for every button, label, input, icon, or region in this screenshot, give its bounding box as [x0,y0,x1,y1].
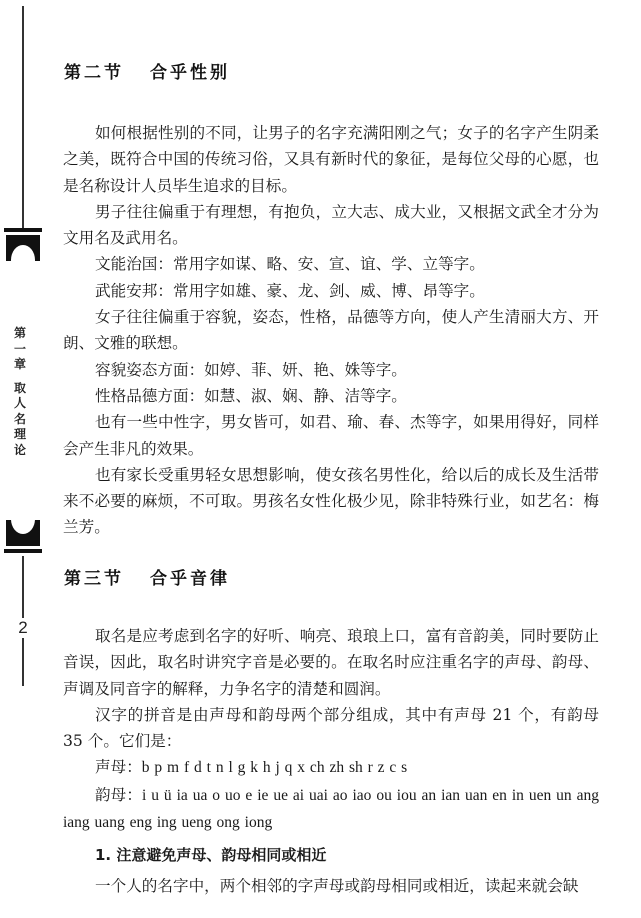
section-body: 取名是应考虑到名字的好听、响亮、琅琅上口，富有音韵美，同时要防止音误，因此，取名… [63,623,599,899]
paragraph: 也有家长受重男轻女思想影响，使女孩名男性化，给以后的成长及生活带来不必要的麻烦，… [63,462,599,541]
finals-label: 韵母： [95,786,142,804]
paragraph: 文能治国：常用字如谋、略、安、宣、谊、学、立等字。 [63,251,599,277]
section-number: 第二节 [64,63,124,83]
initials-list: b p m f d t n l g k h j q x ch zh sh r z… [142,759,407,776]
subheading: 1. 注意避免声母、韵母相同或相近 [63,842,599,868]
chapter-side-label: 第 一 章 取 人 名 理 论 [10,326,30,458]
paragraph: 性格品德方面：如慧、淑、娴、静、洁等字。 [63,383,599,409]
paragraph: 也有一些中性字，男女皆可，如君、瑜、春、杰等字，如果用得好，同样会产生非凡的效果… [63,409,599,462]
section-heading: 第二节合乎性别 [64,58,230,83]
paragraph: 武能安邦：常用字如雄、豪、龙、剑、威、博、昂等字。 [63,278,599,304]
chapter-tab-bottom-ornament [4,520,42,556]
finals-list: i u ü ia ua o uo e ie ue ai uai ao iao o… [63,787,599,831]
paragraph: 一个人的名字中，两个相邻的字声母或韵母相同或相近，读起来就会缺 [63,873,599,899]
section-number: 第三节 [64,569,124,589]
paragraph: 男子往往偏重于有理想，有抱负，立大志、成大业，又根据文武全才分为文用名及武用名。 [63,199,599,252]
initials-label: 声母： [95,758,142,776]
page-number: 2 [16,618,30,638]
paragraph: 女子往往偏重于容貌，姿态，性格，品德等方向，使人产生清丽大方、开朗、文雅的联想。 [63,304,599,357]
paragraph: 容貌姿态方面：如婷、菲、妍、艳、姝等字。 [63,357,599,383]
paragraph: 汉字的拼音是由声母和韵母两个部分组成，其中有声母 21 个，有韵母 35 个。它… [63,702,599,755]
section-heading: 第三节合乎音律 [64,564,230,589]
margin-rule-top [22,6,24,230]
chapter-tab-top-ornament [4,228,42,264]
paragraph: 如何根据性别的不同，让男子的名字充满阳刚之气；女子的名字产生阴柔之美，既符合中国… [63,120,599,199]
initials-line: 声母：b p m f d t n l g k h j q x ch zh sh … [63,754,599,781]
paragraph: 取名是应考虑到名字的好听、响亮、琅琅上口，富有音韵美，同时要防止音误，因此，取名… [63,623,599,702]
section-body: 如何根据性别的不同，让男子的名字充满阳刚之气；女子的名字产生阴柔之美，既符合中国… [63,120,599,541]
section-title: 合乎性别 [150,63,230,83]
finals-line: 韵母：i u ü ia ua o uo e ie ue ai uai ao ia… [63,782,599,837]
section-title: 合乎音律 [150,569,230,589]
